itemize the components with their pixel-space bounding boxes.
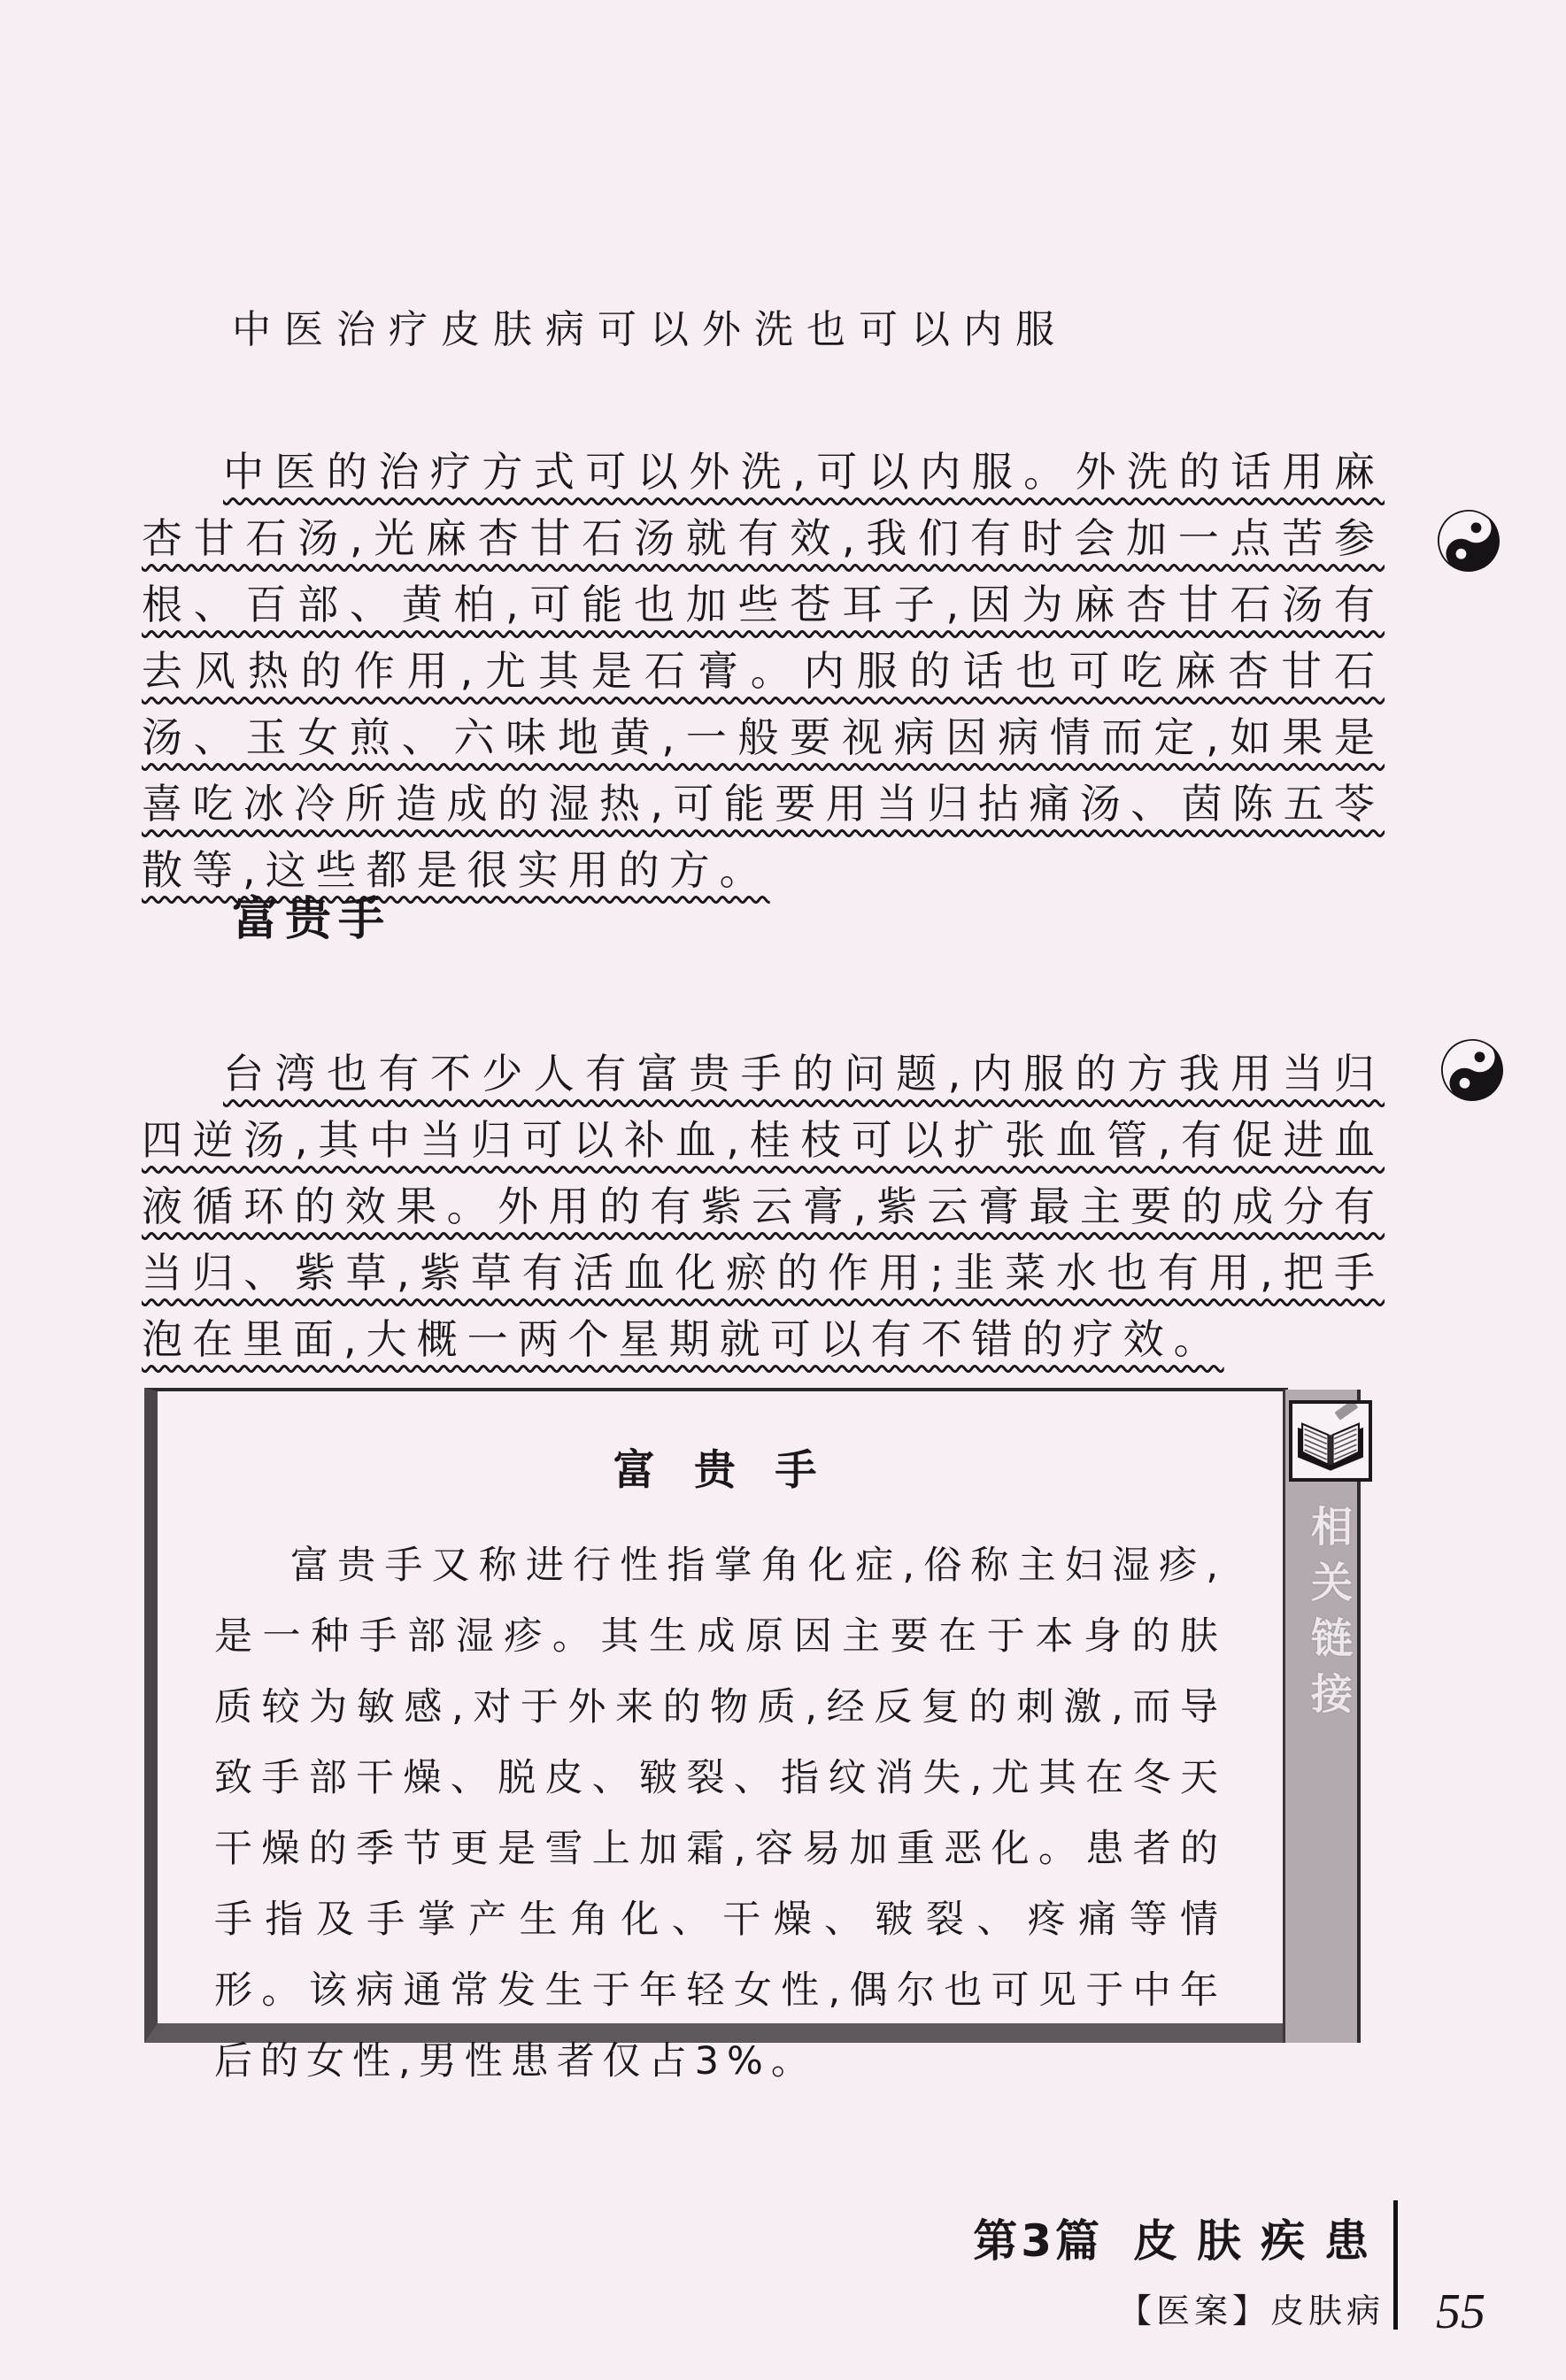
infobox-title: 富 贵 手 [158, 1437, 1284, 1497]
footer-case-line: 【医案】皮肤病 [1118, 2284, 1385, 2332]
footer-case-label: 【医案】 [1118, 2291, 1270, 2330]
yin-yang-icon [1436, 508, 1501, 574]
open-book-icon [1289, 1400, 1372, 1482]
book-page: 中医治疗皮肤病可以外洗也可以内服 中医的治疗方式可以外洗,可以内服。外洗的话用麻… [0, 0, 1566, 2380]
infobox-body: 富贵手又称进行性指掌角化症,俗称主妇湿疹,是一种手部湿疹。其生成原因主要在于本身… [214, 1530, 1226, 2097]
related-links-infobox: 富 贵 手 富贵手又称进行性指掌角化症,俗称主妇湿疹,是一种手部湿疹。其生成原因… [144, 1388, 1288, 2043]
yin-yang-icon [1439, 1037, 1505, 1103]
tab-label: 相关链接 [1287, 1505, 1358, 1728]
footer-part-label: 第3篇 [973, 2215, 1103, 2267]
footer-part-line: 第3篇皮肤疾患 [973, 2206, 1388, 2269]
footer-divider [1393, 2200, 1398, 2330]
paragraph-fuguishou: 台湾也有不少人有富贵手的问题,内服的方我用当归四逆汤,其中当归可以补血,桂枝可以… [142, 1041, 1385, 1373]
page-title: 中医治疗皮肤病可以外洗也可以内服 [232, 297, 1068, 354]
paragraph-treatment: 中医的治疗方式可以外洗,可以内服。外洗的话用麻杏甘石汤,光麻杏甘石汤就有效,我们… [142, 439, 1385, 904]
page-number: 55 [1436, 2284, 1485, 2340]
footer-case-title: 皮肤病 [1270, 2291, 1385, 2330]
footer-part-title: 皮肤疾患 [1133, 2215, 1388, 2267]
section-heading: 富贵手 [232, 882, 391, 948]
